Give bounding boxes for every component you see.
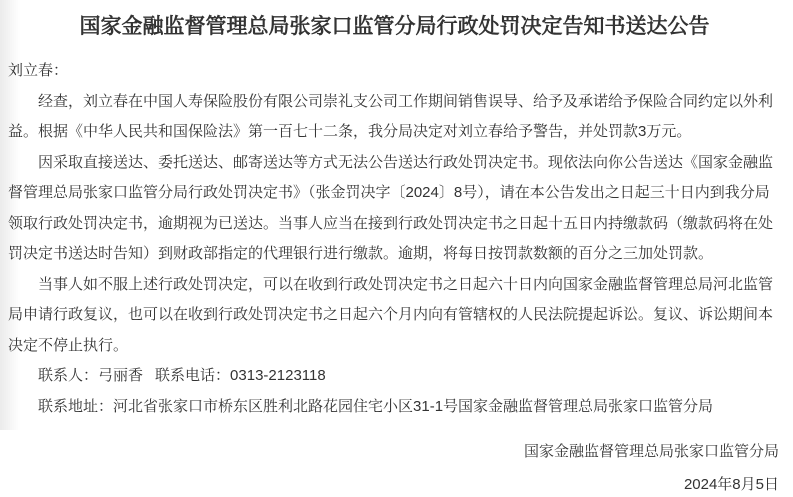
issue-date: 2024年8月5日 (8, 468, 779, 497)
contact-address-value: 河北省张家口市桥东区胜利北路花园住宅小区31-1号国家金融监督管理总局张家口监管… (113, 398, 713, 415)
contact-address-line: 联系地址：河北省张家口市桥东区胜利北路花园住宅小区31-1号国家金融监督管理总局… (8, 392, 781, 423)
contact-phone-label: 联系电话： (155, 367, 230, 384)
signature-block: 国家金融监督管理总局张家口监管分局 2024年8月5日 (8, 435, 781, 497)
contact-address-label: 联系地址： (38, 398, 113, 415)
document-body: 刘立春： 经查，刘立春在中国人寿保险股份有限公司崇礼支公司工作期间销售误导、给予… (8, 56, 781, 422)
page-title: 国家金融监督管理总局张家口监管分局行政处罚决定告知书送达公告 (8, 12, 781, 42)
announcement-document: 国家金融监督管理总局张家口监管分局行政处罚决定告知书送达公告 刘立春： 经查，刘… (0, 0, 793, 497)
contact-person-label: 联系人： (38, 367, 98, 384)
paragraph-findings: 经查，刘立春在中国人寿保险股份有限公司崇礼支公司工作期间销售误导、给予及承诺给予… (8, 87, 781, 148)
salutation: 刘立春： (8, 56, 781, 87)
contact-person-name: 弓丽香 (98, 367, 143, 384)
paragraph-delivery-notice: 因采取直接送达、委托送达、邮寄送达等方式无法公告送达行政处罚决定书。现依法向你公… (8, 148, 781, 270)
contact-person-line: 联系人：弓丽香联系电话：0313-2123118 (8, 361, 781, 392)
announcement-page: 国家金融监督管理总局张家口监管分局行政处罚决定告知书送达公告 刘立春： 经查，刘… (0, 0, 793, 497)
issuing-authority: 国家金融监督管理总局张家口监管分局 (8, 435, 779, 468)
paragraph-appeal-rights: 当事人如不服上述行政处罚决定，可以在收到行政处罚决定书之日起六十日内向国家金融监… (8, 270, 781, 362)
contact-phone-number: 0313-2123118 (230, 367, 326, 384)
